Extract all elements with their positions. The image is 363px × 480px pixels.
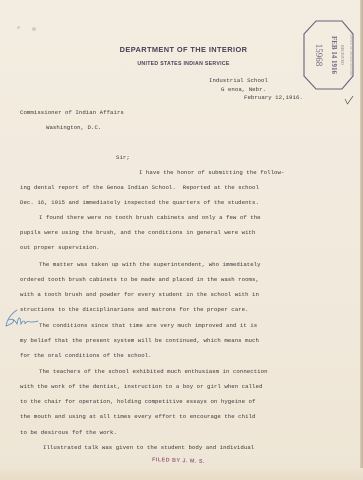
body-line: Dec. 16, 1915 and immediately inspected … — [20, 199, 259, 206]
letter-date: February 12,1916. — [244, 94, 303, 101]
body-line: The teachers of the school exhibited muc… — [39, 368, 268, 375]
body-line: with the work of the dentist, instructio… — [20, 383, 262, 390]
body-line: with a tooth brush and powder for every … — [20, 291, 259, 298]
body-line: my belief that the present system will b… — [20, 337, 259, 344]
stamp-date: FEB 14 1916 — [330, 36, 338, 75]
letter-page: DEPARTMENT OF THE INTERIOR UNITED STATES… — [0, 0, 363, 480]
body-line: for the oral conditions of the school. — [20, 352, 152, 359]
sender-line-2: G enoa, Nebr. — [221, 86, 266, 93]
paper-blemish — [32, 27, 36, 31]
received-stamp: RECEIVED FEB 14 1916 15968 OFFICE OF IND… — [302, 20, 354, 90]
sender-line-1: Industrial School — [209, 77, 268, 84]
recipient-line-2: Washington, D.C. — [46, 124, 101, 131]
body-line: I found there were no tooth brush cabine… — [39, 214, 261, 221]
body-line: to be desirous fof the work. — [20, 429, 117, 436]
body-line: The matter was taken up with the superin… — [39, 261, 261, 268]
body-line: ing dental report of the Genoa Indian Sc… — [20, 184, 259, 191]
body-line: the mouth and using at all times every e… — [20, 413, 256, 420]
stamp-status: RECEIVED — [340, 45, 345, 65]
body-line: I have the honor of submitting the follo… — [139, 169, 284, 176]
paper-fold — [0, 468, 363, 480]
body-line: ordered tooth brush cabinets to be made … — [20, 276, 259, 283]
body-line: out proper supervision. — [20, 244, 100, 251]
handwritten-margin-note — [3, 308, 39, 335]
body-line: structions to the disciplinarians and ma… — [20, 306, 249, 313]
stamp-office: OFFICE OF INDIAN AFFAIRS — [349, 34, 353, 76]
check-mark-icon — [344, 92, 354, 110]
filed-by-stamp: FILED BY J. M. S. — [152, 457, 205, 465]
body-line: Illustrated talk was given to the studen… — [43, 444, 254, 451]
body-line: The conditions since that time are very … — [39, 322, 257, 329]
stamp-number: 15968 — [314, 44, 324, 67]
body-line: to the chair for operation, holding comp… — [20, 398, 256, 405]
paper-blemish — [17, 26, 20, 29]
salutation: Sir; — [116, 154, 130, 161]
body-line: pupils were using the brush, and the con… — [20, 229, 256, 236]
recipient-line-1: Commissioner of Indian Affairs — [20, 109, 124, 116]
